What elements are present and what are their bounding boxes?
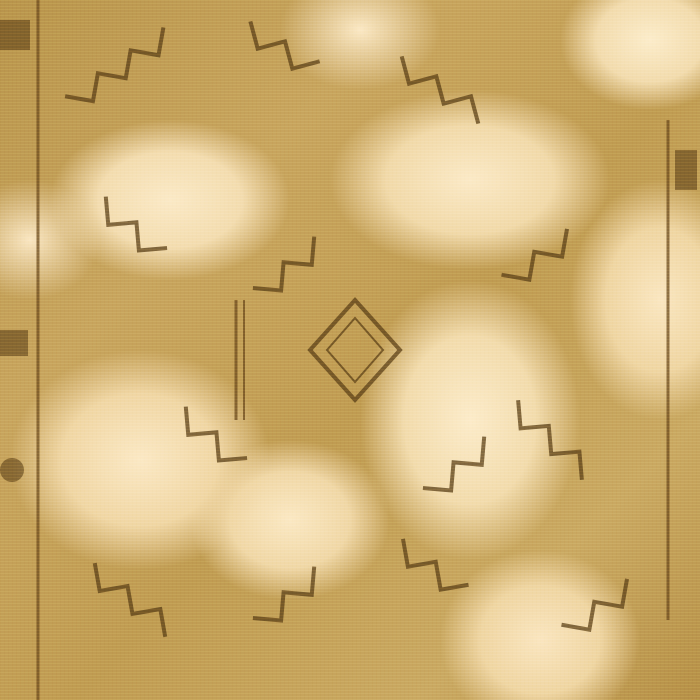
rug-weave-texture bbox=[0, 0, 700, 700]
rug-texture-image bbox=[0, 0, 700, 700]
